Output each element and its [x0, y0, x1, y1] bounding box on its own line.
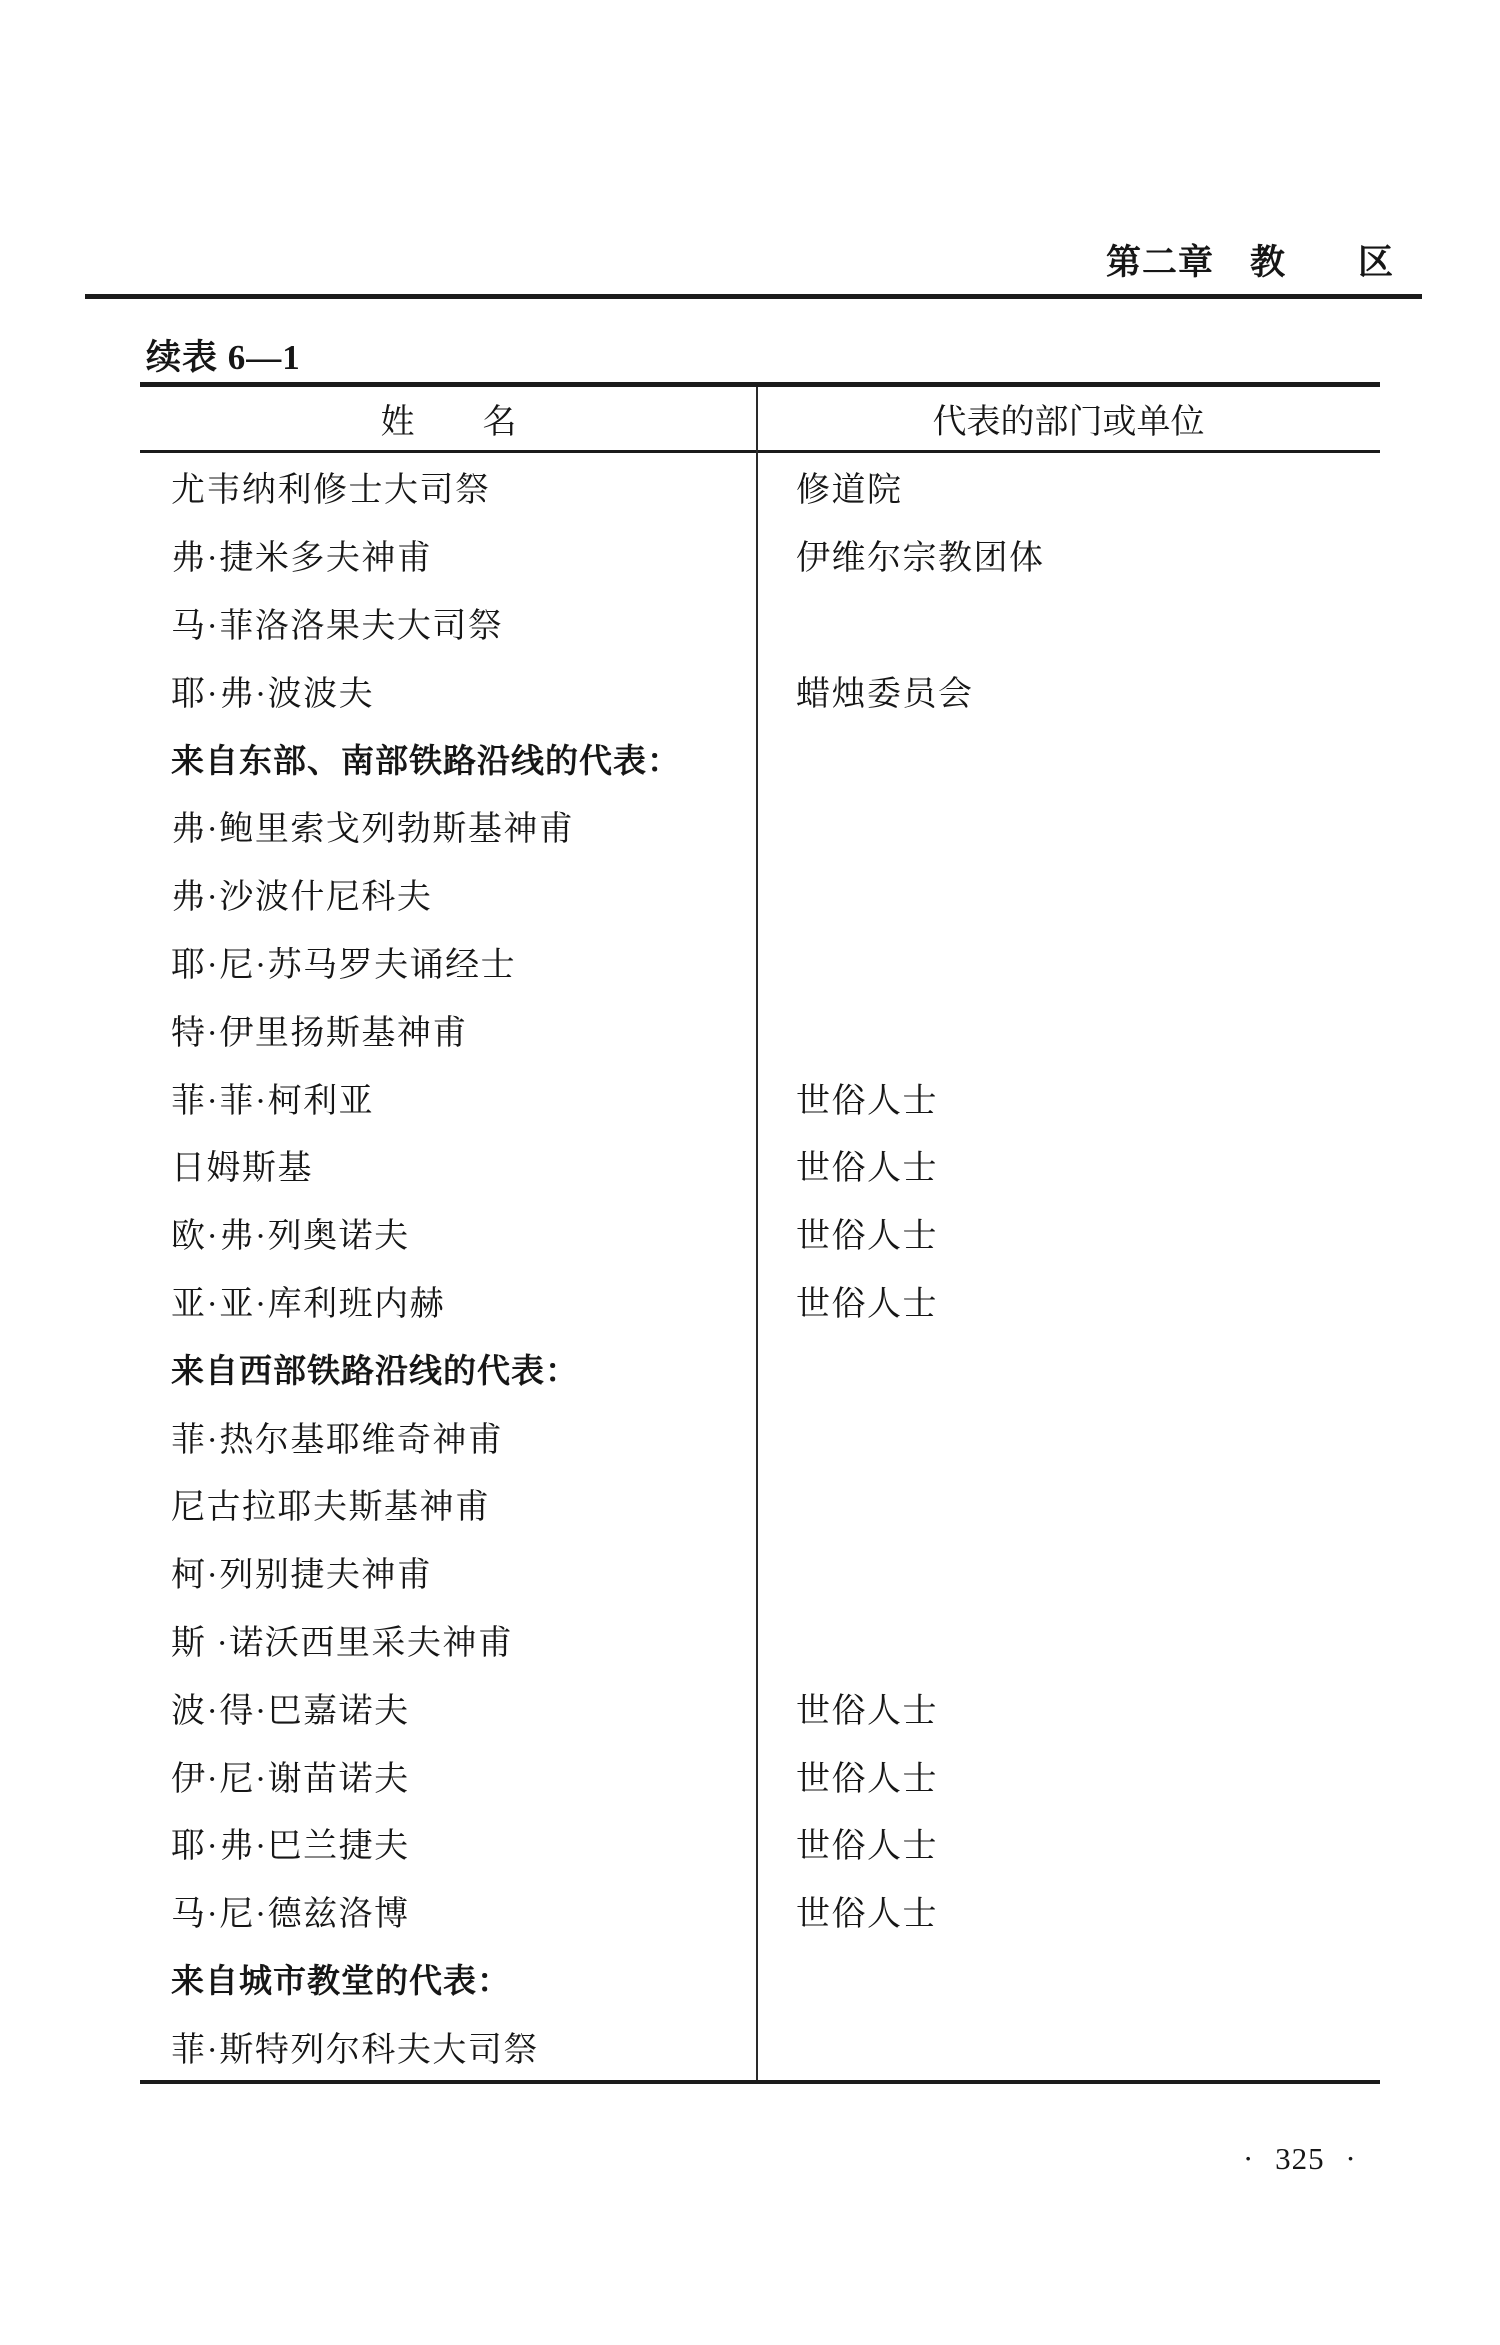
column-header-name: 姓 名	[140, 394, 757, 443]
name-cell: 马·菲洛洛果夫大司祭	[140, 598, 757, 647]
name-cell: 来自东部、南部铁路沿线的代表：	[140, 735, 757, 782]
name-cell: 亚·亚·库利班内赫	[140, 1276, 757, 1325]
table-row: 波·得·巴嘉诺夫世俗人士	[140, 1673, 1380, 1741]
unit-cell: 伊维尔宗教团体	[757, 530, 1380, 579]
name-cell: 菲·热尔基耶维奇神甫	[140, 1412, 757, 1461]
table-row: 耶·弗·波波夫蜡烛委员会	[140, 656, 1380, 724]
name-cell: 波·得·巴嘉诺夫	[140, 1683, 757, 1732]
name-cell: 弗·沙波什尼科夫	[140, 869, 757, 918]
unit-cell: 世俗人士	[757, 1818, 1380, 1867]
table-row: 尼古拉耶夫斯基神甫	[140, 1470, 1380, 1538]
table-row: 菲·热尔基耶维奇神甫	[140, 1402, 1380, 1470]
table-header-row: 姓 名 代表的部门或单位	[140, 387, 1380, 453]
name-cell: 日姆斯基	[140, 1140, 757, 1189]
unit-cell: 世俗人士	[757, 1751, 1380, 1800]
column-divider	[756, 387, 758, 2080]
unit-cell: 修道院	[757, 462, 1380, 511]
table-row: 马·尼·德兹洛博世俗人士	[140, 1877, 1380, 1945]
book-page: 第二章 教 区 续表 6—1 姓 名 代表的部门或单位 尤韦纳利修士大司祭修道院…	[0, 0, 1500, 2345]
table-section-row: 来自城市教堂的代表：	[140, 1945, 1380, 2013]
name-cell: 菲·菲·柯利亚	[140, 1073, 757, 1122]
table-row: 耶·弗·巴兰捷夫世俗人士	[140, 1809, 1380, 1877]
name-cell: 菲·斯特列尔科夫大司祭	[140, 2022, 757, 2071]
name-cell: 柯·列别捷夫神甫	[140, 1547, 757, 1596]
table-row: 欧·弗·列奥诺夫世俗人士	[140, 1199, 1380, 1267]
table-row: 马·菲洛洛果夫大司祭	[140, 589, 1380, 657]
table-section-row: 来自西部铁路沿线的代表：	[140, 1334, 1380, 1402]
table-row: 特·伊里扬斯基神甫	[140, 995, 1380, 1063]
unit-cell: 蜡烛委员会	[757, 666, 1380, 715]
name-cell: 弗·鲍里索戈列勃斯基神甫	[140, 801, 757, 850]
chapter-running-head: 第二章 教 区	[1106, 242, 1394, 284]
name-cell: 斯 ·诺沃西里采夫神甫	[140, 1615, 757, 1664]
name-cell: 特·伊里扬斯基神甫	[140, 1005, 757, 1054]
unit-cell: 世俗人士	[757, 1886, 1380, 1935]
table-row: 伊·尼·谢苗诺夫世俗人士	[140, 1741, 1380, 1809]
unit-cell: 世俗人士	[757, 1140, 1380, 1189]
table-body: 尤韦纳利修士大司祭修道院弗·捷米多夫神甫伊维尔宗教团体马·菲洛洛果夫大司祭耶·弗…	[140, 453, 1380, 2080]
name-cell: 耶·弗·波波夫	[140, 666, 757, 715]
table-row: 耶·尼·苏马罗夫诵经士	[140, 928, 1380, 996]
table-row: 日姆斯基世俗人士	[140, 1131, 1380, 1199]
table-row: 弗·沙波什尼科夫	[140, 860, 1380, 928]
name-cell: 伊·尼·谢苗诺夫	[140, 1751, 757, 1800]
unit-cell: 世俗人士	[757, 1208, 1380, 1257]
name-cell: 尼古拉耶夫斯基神甫	[140, 1479, 757, 1528]
table-row: 亚·亚·库利班内赫世俗人士	[140, 1267, 1380, 1335]
name-cell: 来自西部铁路沿线的代表：	[140, 1345, 757, 1392]
name-cell: 尤韦纳利修士大司祭	[140, 462, 757, 511]
table-row: 弗·鲍里索戈列勃斯基神甫	[140, 792, 1380, 860]
table-row: 斯 ·诺沃西里采夫神甫	[140, 1606, 1380, 1674]
table-row: 菲·菲·柯利亚世俗人士	[140, 1063, 1380, 1131]
table-row: 柯·列别捷夫神甫	[140, 1538, 1380, 1606]
unit-cell: 世俗人士	[757, 1683, 1380, 1732]
name-cell: 弗·捷米多夫神甫	[140, 530, 757, 579]
table-section-row: 来自东部、南部铁路沿线的代表：	[140, 724, 1380, 792]
column-header-unit: 代表的部门或单位	[757, 394, 1380, 443]
name-cell: 欧·弗·列奥诺夫	[140, 1208, 757, 1257]
name-cell: 耶·尼·苏马罗夫诵经士	[140, 937, 757, 986]
table-row: 尤韦纳利修士大司祭修道院	[140, 453, 1380, 521]
name-cell: 马·尼·德兹洛博	[140, 1886, 757, 1935]
name-cell: 来自城市教堂的代表：	[140, 1955, 757, 2002]
unit-cell: 世俗人士	[757, 1073, 1380, 1122]
header-rule	[85, 294, 1422, 299]
table-caption: 续表 6—1	[146, 330, 301, 380]
page-number: · 325 ·	[1243, 2141, 1357, 2177]
delegates-table: 姓 名 代表的部门或单位 尤韦纳利修士大司祭修道院弗·捷米多夫神甫伊维尔宗教团体…	[140, 382, 1380, 2084]
name-cell: 耶·弗·巴兰捷夫	[140, 1818, 757, 1867]
table-row: 菲·斯特列尔科夫大司祭	[140, 2012, 1380, 2080]
table-row: 弗·捷米多夫神甫伊维尔宗教团体	[140, 521, 1380, 589]
unit-cell: 世俗人士	[757, 1276, 1380, 1325]
